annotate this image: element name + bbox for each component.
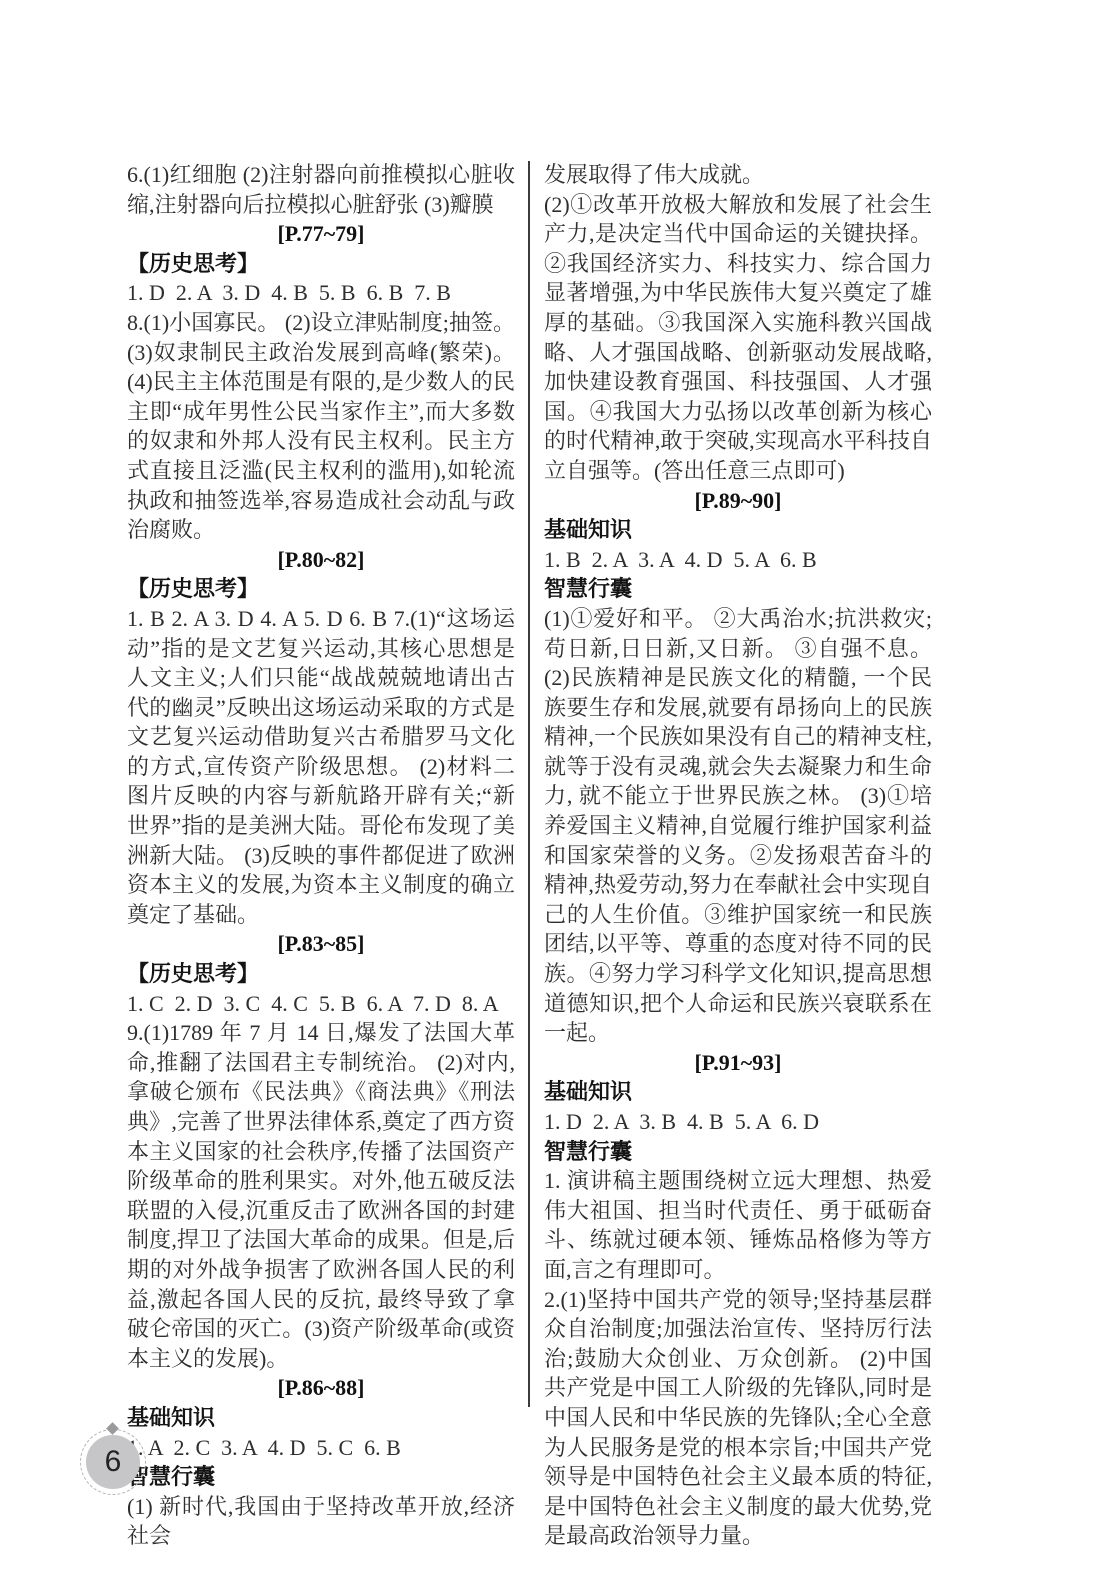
paragraph: (1) 新时代,我国由于坚持改革开放,经济社会	[127, 1492, 515, 1551]
left-column: 6.(1)红细胞 (2)注射器向前推模拟心脏收缩,注射器向后拉模拟心脏舒张 (3…	[127, 160, 515, 1551]
section-title: 智慧行囊	[544, 1137, 932, 1167]
answer-key-row: 1. B 2. A 3. A 4. D 5. A 6. B	[544, 545, 932, 575]
section-title: 【历史思考】	[127, 249, 515, 279]
page-range-header: [P.86~88]	[127, 1373, 515, 1403]
answer-key-row: 1. D 2. A 3. D 4. B 5. B 6. B 7. B	[127, 278, 515, 308]
column-divider	[528, 161, 530, 1407]
answer-key-page: 6.(1)红细胞 (2)注射器向前推模拟心脏收缩,注射器向后拉模拟心脏舒张 (3…	[0, 0, 1110, 1571]
section-title: 【历史思考】	[127, 959, 515, 989]
section-title: 基础知识	[127, 1403, 515, 1433]
paragraph: 2.(1)坚持中国共产党的领导;坚持基层群众自治制度;加强法治宣传、坚持厉行法治…	[544, 1285, 932, 1551]
page-range-header: [P.91~93]	[544, 1048, 932, 1078]
page-number-badge: 6	[80, 1429, 146, 1495]
paragraph: (1)①爱好和平。 ②大禹治水;抗洪救灾;苟日新,日日新,又日新。 ③自强不息。…	[544, 604, 932, 1048]
section-title: 基础知识	[544, 1077, 932, 1107]
paragraph: 1. 演讲稿主题围绕树立远大理想、热爱伟大祖国、担当时代责任、勇于砥砺奋斗、练就…	[544, 1166, 932, 1284]
right-column: 发展取得了伟大成就。 (2)①改革开放极大解放和发展了社会生产力,是决定当代中国…	[544, 160, 932, 1551]
answer-key-row: 1. D 2. A 3. B 4. B 5. A 6. D	[544, 1107, 932, 1137]
page-range-header: [P.77~79]	[127, 219, 515, 249]
section-title: 【历史思考】	[127, 574, 515, 604]
paragraph: 发展取得了伟大成就。	[544, 160, 932, 190]
paragraph: 6.(1)红细胞 (2)注射器向前推模拟心脏收缩,注射器向后拉模拟心脏舒张 (3…	[127, 160, 515, 219]
section-title: 智慧行囊	[544, 574, 932, 604]
section-title: 基础知识	[544, 515, 932, 545]
page-range-header: [P.80~82]	[127, 545, 515, 575]
page-range-header: [P.89~90]	[544, 486, 932, 516]
paragraph: (2)①改革开放极大解放和发展了社会生产力,是决定当代中国命运的关键抉择。②我国…	[544, 190, 932, 486]
paragraph: 9.(1)1789 年 7 月 14 日,爆发了法国大革命,推翻了法国君主专制统…	[127, 1018, 515, 1373]
answer-key-row: 1. C 2. D 3. C 4. C 5. B 6. A 7. D 8. A	[127, 989, 515, 1019]
paragraph: 1. B 2. A 3. D 4. A 5. D 6. B 7.(1)“这场运动…	[127, 604, 515, 930]
page-range-header: [P.83~85]	[127, 929, 515, 959]
paragraph: 8.(1)小国寡民。 (2)设立津贴制度;抽签。(3)奴隶制民主政治发展到高峰(…	[127, 308, 515, 545]
page-number: 6	[86, 1435, 140, 1489]
answer-key-row: 1. A 2. C 3. A 4. D 5. C 6. B	[127, 1433, 515, 1463]
section-title: 智慧行囊	[127, 1462, 515, 1492]
